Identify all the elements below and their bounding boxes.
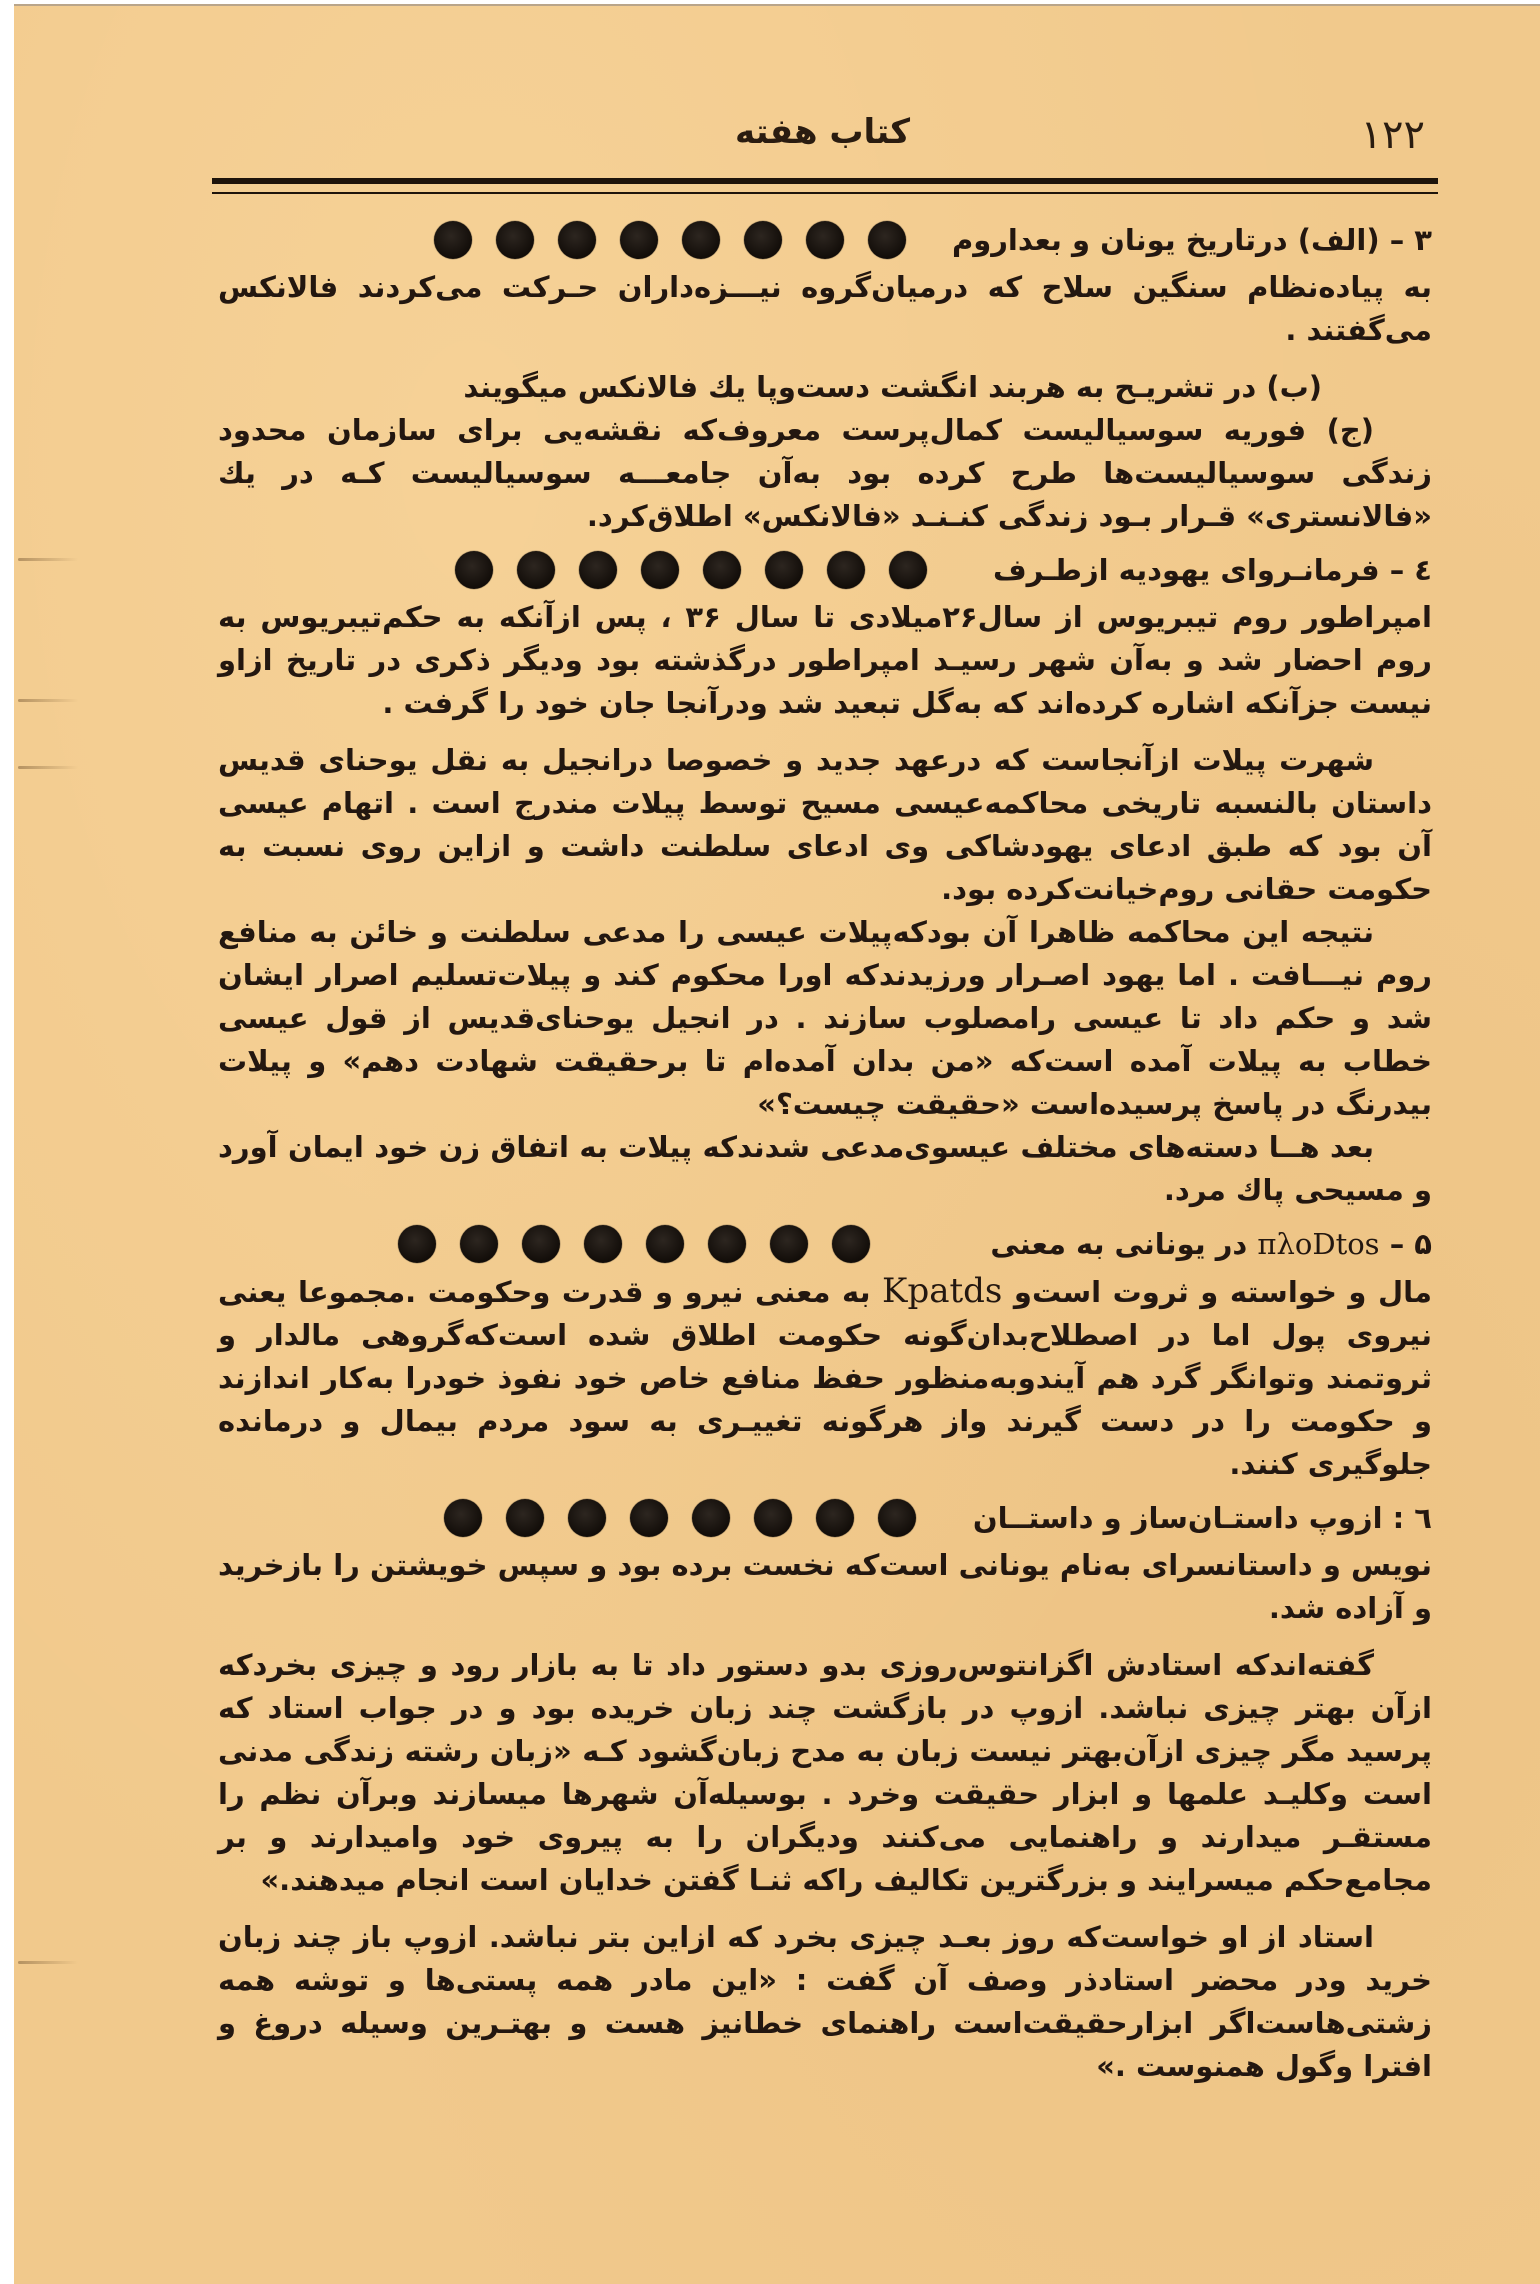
paragraph: امپراطور روم تیبریوس از سال۲۶میلادی تا س…	[218, 596, 1432, 725]
paragraph: مال و خواسته و ثروت است‌و Kpatds به معنی…	[218, 1270, 1432, 1486]
entry-number-label: ٤ – فرمانـروای یهودیه ازطـرف	[993, 549, 1432, 592]
bullet-dot-icon	[827, 551, 865, 589]
bullet-dot-icon	[889, 551, 927, 589]
bullet-dot-icon	[832, 1225, 870, 1263]
bullet-dot-icon	[703, 551, 741, 589]
bullet-dot-icon	[517, 551, 555, 589]
paragraph: به پیاده‌نظام سنگین سلاح که درمیان‌گروه …	[218, 266, 1432, 352]
text-run: مال و خواسته و ثروت است‌و	[1014, 1275, 1432, 1309]
entry-number-label: ٦ : ازوپ داستـان‌ساز و داستــان	[973, 1497, 1432, 1540]
bullet-dot-icon	[568, 1499, 606, 1537]
greek-term: πλοDtos	[1257, 1227, 1379, 1261]
entry-number-label: ۵ – πλοDtos در یونانی به معنی	[990, 1223, 1432, 1266]
page-body: ۳ – (الف) درتاریخ یونان و بعداروم به پیا…	[218, 208, 1432, 2088]
page-crease	[18, 699, 78, 702]
bullet-dot-icon	[584, 1225, 622, 1263]
bullet-dot-icon	[558, 221, 596, 259]
page-crease	[18, 558, 78, 561]
bullet-dot-icon	[770, 1225, 808, 1263]
bullet-dot-icon	[682, 221, 720, 259]
header-rule-thin	[212, 192, 1438, 194]
bullet-dot-icon	[754, 1499, 792, 1537]
bullet-dot-icon	[460, 1225, 498, 1263]
bullet-dot-icon	[455, 551, 493, 589]
bullet-dot-icon	[765, 551, 803, 589]
bullet-dot-icon	[744, 221, 782, 259]
bullet-dot-icon	[496, 221, 534, 259]
running-title: کتاب هفته	[210, 112, 1435, 152]
dot-ornament	[398, 1225, 870, 1263]
entry-heading: ٤ – فرمانـروای یهودیه ازطـرف	[218, 544, 1432, 596]
paragraph: گفته‌اندکه استادش اگزانتوس‌روزی بدو دستو…	[218, 1644, 1432, 1902]
paragraph: (ج) فوریه سوسیالیست کمال‌پرست معروف‌که ن…	[218, 409, 1432, 538]
greek-term-latin: Kpatds	[882, 1271, 1002, 1311]
paragraph: شهرت پیلات ازآنجاست که درعهد جدید و خصوص…	[218, 739, 1432, 911]
paragraph: بعد هــا دسته‌های مختلف عیسوی‌مدعی شدندک…	[218, 1126, 1432, 1212]
bullet-dot-icon	[579, 551, 617, 589]
dot-ornament	[434, 221, 906, 259]
paragraph: (ب) در تشریـح به هربند انگشت دست‌وپا یك …	[218, 366, 1432, 409]
bullet-dot-icon	[816, 1499, 854, 1537]
bullet-dot-icon	[806, 221, 844, 259]
page-crease	[18, 1961, 78, 1964]
paragraph: نتیجه این محاکمه ظاهرا آن بودکه‌پیلات عی…	[218, 911, 1432, 1126]
bullet-dot-icon	[434, 221, 472, 259]
entry-number-label: ۳ – (الف) درتاریخ یونان و بعداروم	[952, 219, 1432, 262]
bullet-dot-icon	[522, 1225, 560, 1263]
bullet-dot-icon	[708, 1225, 746, 1263]
page-number: ۱۲۲	[1361, 112, 1425, 158]
bullet-dot-icon	[641, 551, 679, 589]
entry-heading: ۵ – πλοDtos در یونانی به معنی	[218, 1218, 1432, 1270]
dot-ornament	[444, 1499, 916, 1537]
page-crease	[18, 766, 78, 769]
bullet-dot-icon	[878, 1499, 916, 1537]
page-header: کتاب هفته ۱۲۲	[210, 112, 1435, 172]
paragraph: استاد از او خواست‌که روز بعـد چیزی بخرد …	[218, 1916, 1432, 2088]
entry-title-tail: در یونانی به معنی	[990, 1227, 1247, 1261]
bullet-dot-icon	[692, 1499, 730, 1537]
bullet-dot-icon	[646, 1225, 684, 1263]
bullet-dot-icon	[506, 1499, 544, 1537]
dot-ornament	[455, 551, 927, 589]
bullet-dot-icon	[444, 1499, 482, 1537]
entry-heading: ٦ : ازوپ داستـان‌ساز و داستــان	[218, 1492, 1432, 1544]
bullet-dot-icon	[630, 1499, 668, 1537]
entry-heading: ۳ – (الف) درتاریخ یونان و بعداروم	[218, 214, 1432, 266]
paragraph: نویس و داستانسرای به‌نام یونانی است‌که ن…	[218, 1544, 1432, 1630]
bullet-dot-icon	[398, 1225, 436, 1263]
entry-number: ۵ –	[1390, 1227, 1432, 1261]
header-rule-thick	[212, 178, 1438, 184]
bullet-dot-icon	[868, 221, 906, 259]
bullet-dot-icon	[620, 221, 658, 259]
